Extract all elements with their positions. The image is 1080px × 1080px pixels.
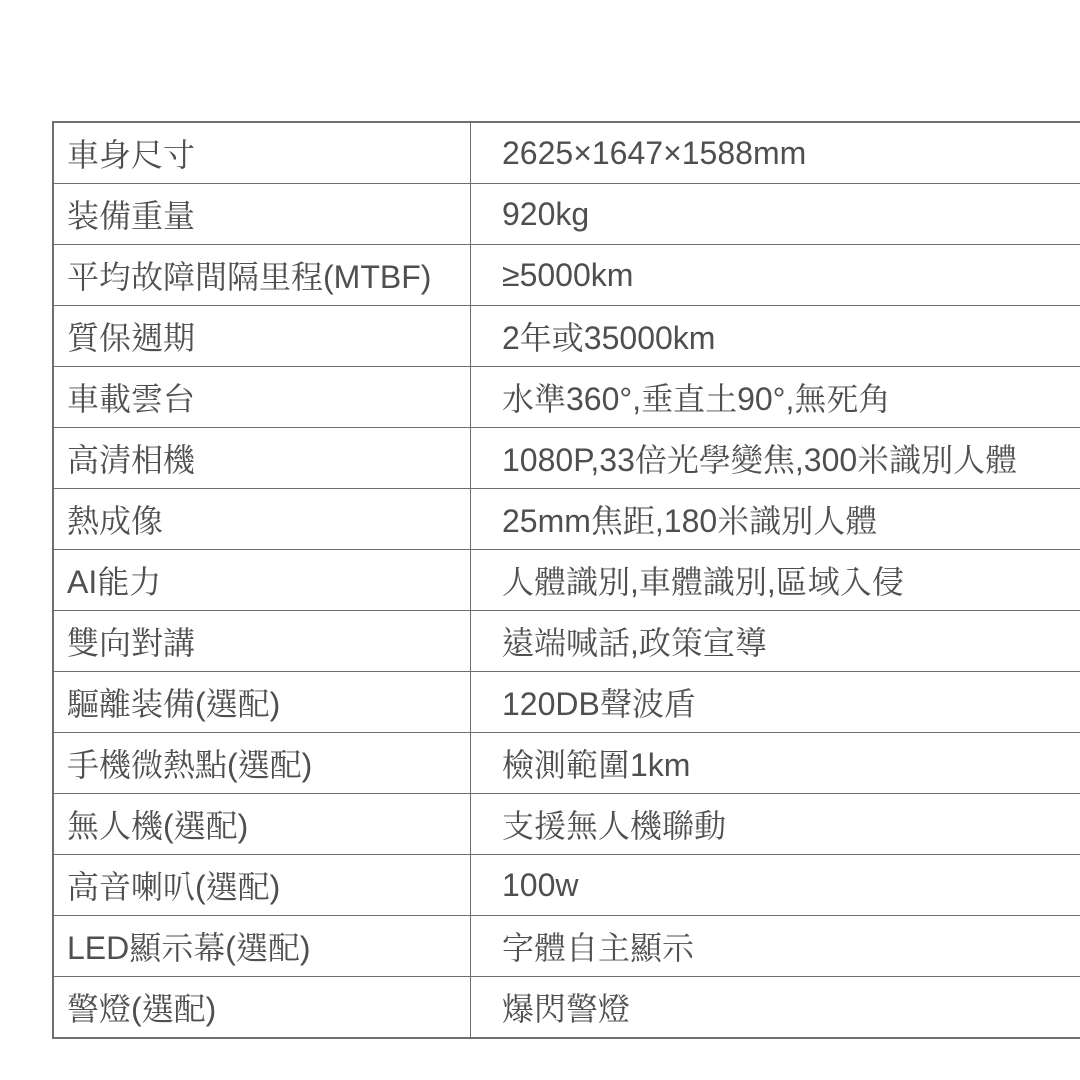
spec-label: 装備重量 bbox=[53, 184, 471, 245]
table-row: 車載雲台 水準360°,垂直土90°,無死角 bbox=[53, 367, 1080, 428]
spec-label: 無人機(選配) bbox=[53, 794, 471, 855]
spec-label: 質保週期 bbox=[53, 306, 471, 367]
table-row: 高清相機 1080P,33倍光學變焦,300米識別人體 bbox=[53, 428, 1080, 489]
spec-value: 2年或35000km bbox=[471, 306, 1080, 367]
spec-label: 高清相機 bbox=[53, 428, 471, 489]
spec-label: 驅離装備(選配) bbox=[53, 672, 471, 733]
spec-value: 爆閃警燈 bbox=[471, 977, 1080, 1039]
spec-value: ≥5000km bbox=[471, 245, 1080, 306]
spec-label: 車身尺寸 bbox=[53, 122, 471, 184]
spec-label: 雙向對講 bbox=[53, 611, 471, 672]
table-row: 装備重量 920kg bbox=[53, 184, 1080, 245]
table-row: 熱成像 25mm焦距,180米識別人體 bbox=[53, 489, 1080, 550]
spec-value: 人體識別,車體識別,區域入侵 bbox=[471, 550, 1080, 611]
spec-value: 字體自主顯示 bbox=[471, 916, 1080, 977]
spec-label: 車載雲台 bbox=[53, 367, 471, 428]
spec-value: 遠端喊話,政策宣導 bbox=[471, 611, 1080, 672]
spec-label: 手機微熱點(選配) bbox=[53, 733, 471, 794]
spec-value: 水準360°,垂直土90°,無死角 bbox=[471, 367, 1080, 428]
spec-value: 25mm焦距,180米識別人體 bbox=[471, 489, 1080, 550]
spec-value: 100w bbox=[471, 855, 1080, 916]
spec-label: 高音喇叭(選配) bbox=[53, 855, 471, 916]
table-row: 車身尺寸 2625×1647×1588mm bbox=[53, 122, 1080, 184]
spec-value: 120DB聲波盾 bbox=[471, 672, 1080, 733]
spec-label: 熱成像 bbox=[53, 489, 471, 550]
spec-value: 1080P,33倍光學變焦,300米識別人體 bbox=[471, 428, 1080, 489]
table-row: 警燈(選配) 爆閃警燈 bbox=[53, 977, 1080, 1039]
table-row: 驅離装備(選配) 120DB聲波盾 bbox=[53, 672, 1080, 733]
spec-table-body: 車身尺寸 2625×1647×1588mm 装備重量 920kg 平均故障間隔里… bbox=[53, 122, 1080, 1038]
table-row: AI能力 人體識別,車體識別,區域入侵 bbox=[53, 550, 1080, 611]
spec-value: 920kg bbox=[471, 184, 1080, 245]
spec-value: 支援無人機聯動 bbox=[471, 794, 1080, 855]
table-row: 雙向對講 遠端喊話,政策宣導 bbox=[53, 611, 1080, 672]
spec-value: 2625×1647×1588mm bbox=[471, 122, 1080, 184]
spec-table: 車身尺寸 2625×1647×1588mm 装備重量 920kg 平均故障間隔里… bbox=[52, 121, 1080, 1039]
table-row: 平均故障間隔里程(MTBF) ≥5000km bbox=[53, 245, 1080, 306]
spec-label: AI能力 bbox=[53, 550, 471, 611]
table-row: 手機微熱點(選配) 檢測範圍1km bbox=[53, 733, 1080, 794]
table-row: LED顯示幕(選配) 字體自主顯示 bbox=[53, 916, 1080, 977]
table-row: 質保週期 2年或35000km bbox=[53, 306, 1080, 367]
spec-label: 平均故障間隔里程(MTBF) bbox=[53, 245, 471, 306]
spec-label: LED顯示幕(選配) bbox=[53, 916, 471, 977]
table-row: 無人機(選配) 支援無人機聯動 bbox=[53, 794, 1080, 855]
page-canvas: 車身尺寸 2625×1647×1588mm 装備重量 920kg 平均故障間隔里… bbox=[0, 0, 1080, 1080]
table-row: 高音喇叭(選配) 100w bbox=[53, 855, 1080, 916]
spec-label: 警燈(選配) bbox=[53, 977, 471, 1039]
spec-value: 檢測範圍1km bbox=[471, 733, 1080, 794]
